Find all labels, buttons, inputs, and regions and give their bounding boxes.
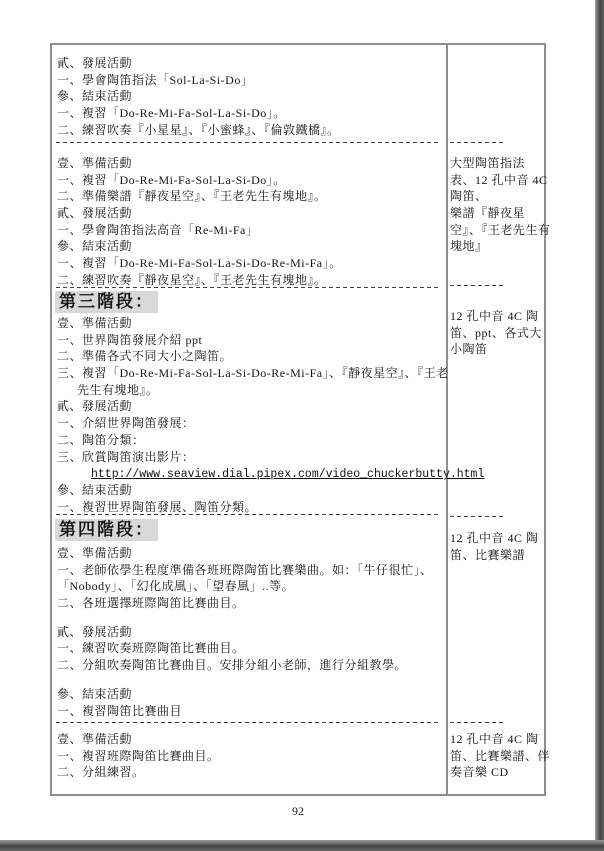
doc-line: 壹、準備活動: [57, 315, 445, 332]
lesson-plan-table: 貳、發展活動 一、學會陶笛指法「Sol-La-Si-Do」 參、結束活動 一、複…: [50, 43, 546, 796]
stage-4-heading-label: 第四階段：: [55, 519, 158, 541]
doc-line: 一、複習世界陶笛發展、陶笛分類。: [57, 499, 445, 516]
material-line: 表、12 孔中音 4C: [450, 172, 542, 189]
doc-line: 一、複習「Do-Re-Mi-Fa-Sol-La-Si-Do」。: [57, 172, 445, 189]
dashed-separator: [56, 142, 438, 143]
material-line: 12 孔中音 4C 陶: [450, 530, 542, 547]
dashed-separator: [56, 722, 438, 723]
doc-line: 一、世界陶笛發展介紹 ppt: [57, 332, 445, 349]
dashed-separator: [450, 722, 506, 723]
section-5-main: 壹、準備活動 一、複習班際陶笛比賽曲目。 二、分組練習。: [57, 731, 445, 781]
material-line: 塊地』: [450, 238, 542, 255]
doc-line: 一、學會陶笛指法高音「Re-Mi-Fa」: [57, 222, 445, 239]
section-4-main: 壹、準備活動 一、老師依學生程度準備各班班際陶笛比賽樂曲。如：「牛仔很忙」、 「…: [57, 545, 445, 719]
doc-line: 一、複習班際陶笛比賽曲目。: [57, 748, 445, 765]
doc-line: 二、練習吹奏『靜夜星空』、『王老先生有塊地』。: [57, 272, 445, 289]
doc-line: 貳、發展活動: [57, 624, 445, 641]
section-3-main: 壹、準備活動 一、世界陶笛發展介紹 ppt 二、準備各式不同大小之陶笛。 三、複…: [57, 315, 445, 515]
section-2-materials: 大型陶笛指法 表、12 孔中音 4C 陶笛、 樂譜『靜夜星 空』、『王老先生有 …: [450, 155, 542, 255]
scan-edge-bottom: [0, 840, 604, 851]
doc-line: 三、複習「Do-Re-Mi-Fa-Sol-La-Si-Do-Re-Mi-Fa」、…: [57, 365, 445, 382]
doc-line: 二、準備各式不同大小之陶笛。: [57, 348, 445, 365]
dashed-separator: [450, 285, 506, 286]
section-5-materials: 12 孔中音 4C 陶 笛、比賽樂譜、伴 奏音樂 CD: [450, 731, 542, 781]
doc-line: http://www.seaview.dial.pipex.com/video_…: [57, 465, 445, 482]
doc-line: 二、準備樂譜『靜夜星空』、『王老先生有塊地』。: [57, 188, 445, 205]
material-line: 笛、比賽樂譜: [450, 547, 542, 564]
doc-line: 參、結束活動: [57, 88, 445, 105]
material-line: 樂譜『靜夜星: [450, 205, 542, 222]
doc-line: 壹、準備活動: [57, 155, 445, 172]
doc-line: [57, 674, 445, 686]
stage-3-heading: 第三階段：: [55, 291, 158, 313]
stage-4-heading: 第四階段：: [55, 519, 158, 541]
doc-line: [57, 612, 445, 624]
doc-line: 參、結束活動: [57, 686, 445, 703]
column-divider: [446, 45, 448, 794]
doc-line: 貳、發展活動: [57, 398, 445, 415]
scan-edge-right: [595, 0, 604, 851]
material-line: 大型陶笛指法: [450, 155, 542, 172]
material-line: 空』、『王老先生有: [450, 222, 542, 239]
section-3-materials: 12 孔中音 4C 陶 笛、ppt、各式大 小陶笛: [450, 308, 542, 358]
section-1-main: 貳、發展活動 一、學會陶笛指法「Sol-La-Si-Do」 參、結束活動 一、複…: [57, 55, 445, 138]
doc-line: 一、介紹世界陶笛發展：: [57, 415, 445, 432]
doc-line: 二、分組吹奏陶笛比賽曲目。安排分組小老師，進行分組教學。: [57, 657, 445, 674]
material-line: 12 孔中音 4C 陶: [450, 731, 542, 748]
dashed-separator: [450, 142, 506, 143]
material-line: 奏音樂 CD: [450, 764, 542, 781]
scanned-page: 貳、發展活動 一、學會陶笛指法「Sol-La-Si-Do」 參、結束活動 一、複…: [0, 0, 604, 851]
material-line: 小陶笛: [450, 341, 542, 358]
doc-line: 壹、準備活動: [57, 545, 445, 562]
doc-line: 二、分組練習。: [57, 764, 445, 781]
doc-line: 一、複習「Do-Re-Mi-Fa-Sol-La-Si-Do」。: [57, 105, 445, 122]
doc-line: 先生有塊地』。: [57, 382, 445, 399]
material-line: 笛、比賽樂譜、伴: [450, 748, 542, 765]
doc-line: 一、複習陶笛比賽曲目: [57, 703, 445, 720]
material-line: 12 孔中音 4C 陶: [450, 308, 542, 325]
doc-line: 一、複習「Do-Re-Mi-Fa-Sol-La-Si-Do-Re-Mi-Fa」。: [57, 255, 445, 272]
dashed-separator: [450, 516, 506, 517]
section-4-materials: 12 孔中音 4C 陶 笛、比賽樂譜: [450, 530, 542, 563]
stage-3-heading-label: 第三階段：: [55, 291, 158, 313]
doc-line: 壹、準備活動: [57, 731, 445, 748]
doc-line: 一、學會陶笛指法「Sol-La-Si-Do」: [57, 72, 445, 89]
doc-line: 貳、發展活動: [57, 55, 445, 72]
dashed-separator: [56, 287, 438, 288]
page-number: 92: [50, 804, 546, 819]
doc-line: 二、陶笛分類：: [57, 432, 445, 449]
doc-line: 一、老師依學生程度準備各班班際陶笛比賽樂曲。如：「牛仔很忙」、: [57, 562, 445, 579]
doc-line: 三、欣賞陶笛演出影片：: [57, 449, 445, 466]
doc-line: 貳、發展活動: [57, 205, 445, 222]
doc-line: 參、結束活動: [57, 482, 445, 499]
doc-line: 二、練習吹奏『小星星』、『小蜜蜂』、『倫敦鐵橋』。: [57, 122, 445, 139]
doc-line: 參、結束活動: [57, 238, 445, 255]
doc-line: 「Nobody」、「幻化成風」、「望春風」..等。: [57, 578, 445, 595]
doc-line: 一、練習吹奏班際陶笛比賽曲目。: [57, 640, 445, 657]
doc-line: 二、各班選擇班際陶笛比賽曲目。: [57, 595, 445, 612]
section-2-main: 壹、準備活動 一、複習「Do-Re-Mi-Fa-Sol-La-Si-Do」。 二…: [57, 155, 445, 289]
material-line: 陶笛、: [450, 188, 542, 205]
dashed-separator: [56, 514, 438, 515]
material-line: 笛、ppt、各式大: [450, 325, 542, 342]
video-url-link[interactable]: http://www.seaview.dial.pipex.com/video_…: [91, 468, 484, 481]
